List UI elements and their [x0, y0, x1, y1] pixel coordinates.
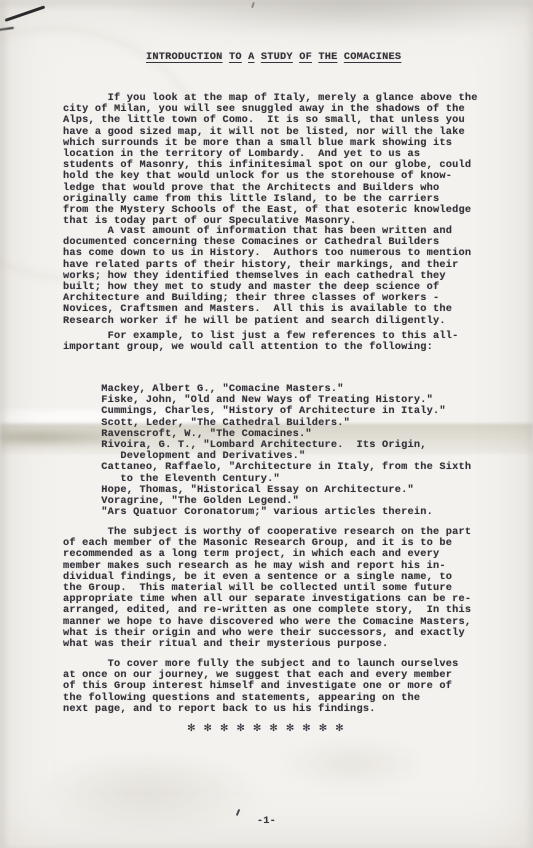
- scan-shadow-top: [118, 0, 533, 36]
- asterisk-separator: ✻ ✻ ✻ ✻ ✻ ✻ ✻ ✻ ✻ ✻: [0, 723, 533, 734]
- pen-mark: [5, 5, 46, 21]
- stray-mark: [251, 2, 255, 8]
- paragraph-5: To cover more fully the subject and to l…: [63, 659, 459, 715]
- paper-smudge: [278, 738, 428, 790]
- scan-edge-left: [0, 0, 9, 848]
- paragraph-1: If you look at the map of Italy, merely …: [63, 93, 478, 227]
- paragraph-2: A vast amount of information that has be…: [63, 226, 471, 327]
- paragraph-3: For example, to list just a few referenc…: [63, 331, 459, 353]
- reference-list: Mackey, Albert G., "Comacine Masters." F…: [63, 384, 471, 518]
- scanned-page: INTRODUCTION TO A STUDY OF THE COMACINES…: [0, 0, 533, 848]
- document-title: INTRODUCTION TO A STUDY OF THE COMACINES: [146, 52, 401, 63]
- scan-edge-top: [0, 0, 533, 7]
- pen-mark: [0, 27, 14, 31]
- page-number: -1-: [0, 816, 533, 827]
- paragraph-4: The subject is worthy of cooperative res…: [63, 527, 471, 650]
- scan-edge-right: [526, 0, 533, 848]
